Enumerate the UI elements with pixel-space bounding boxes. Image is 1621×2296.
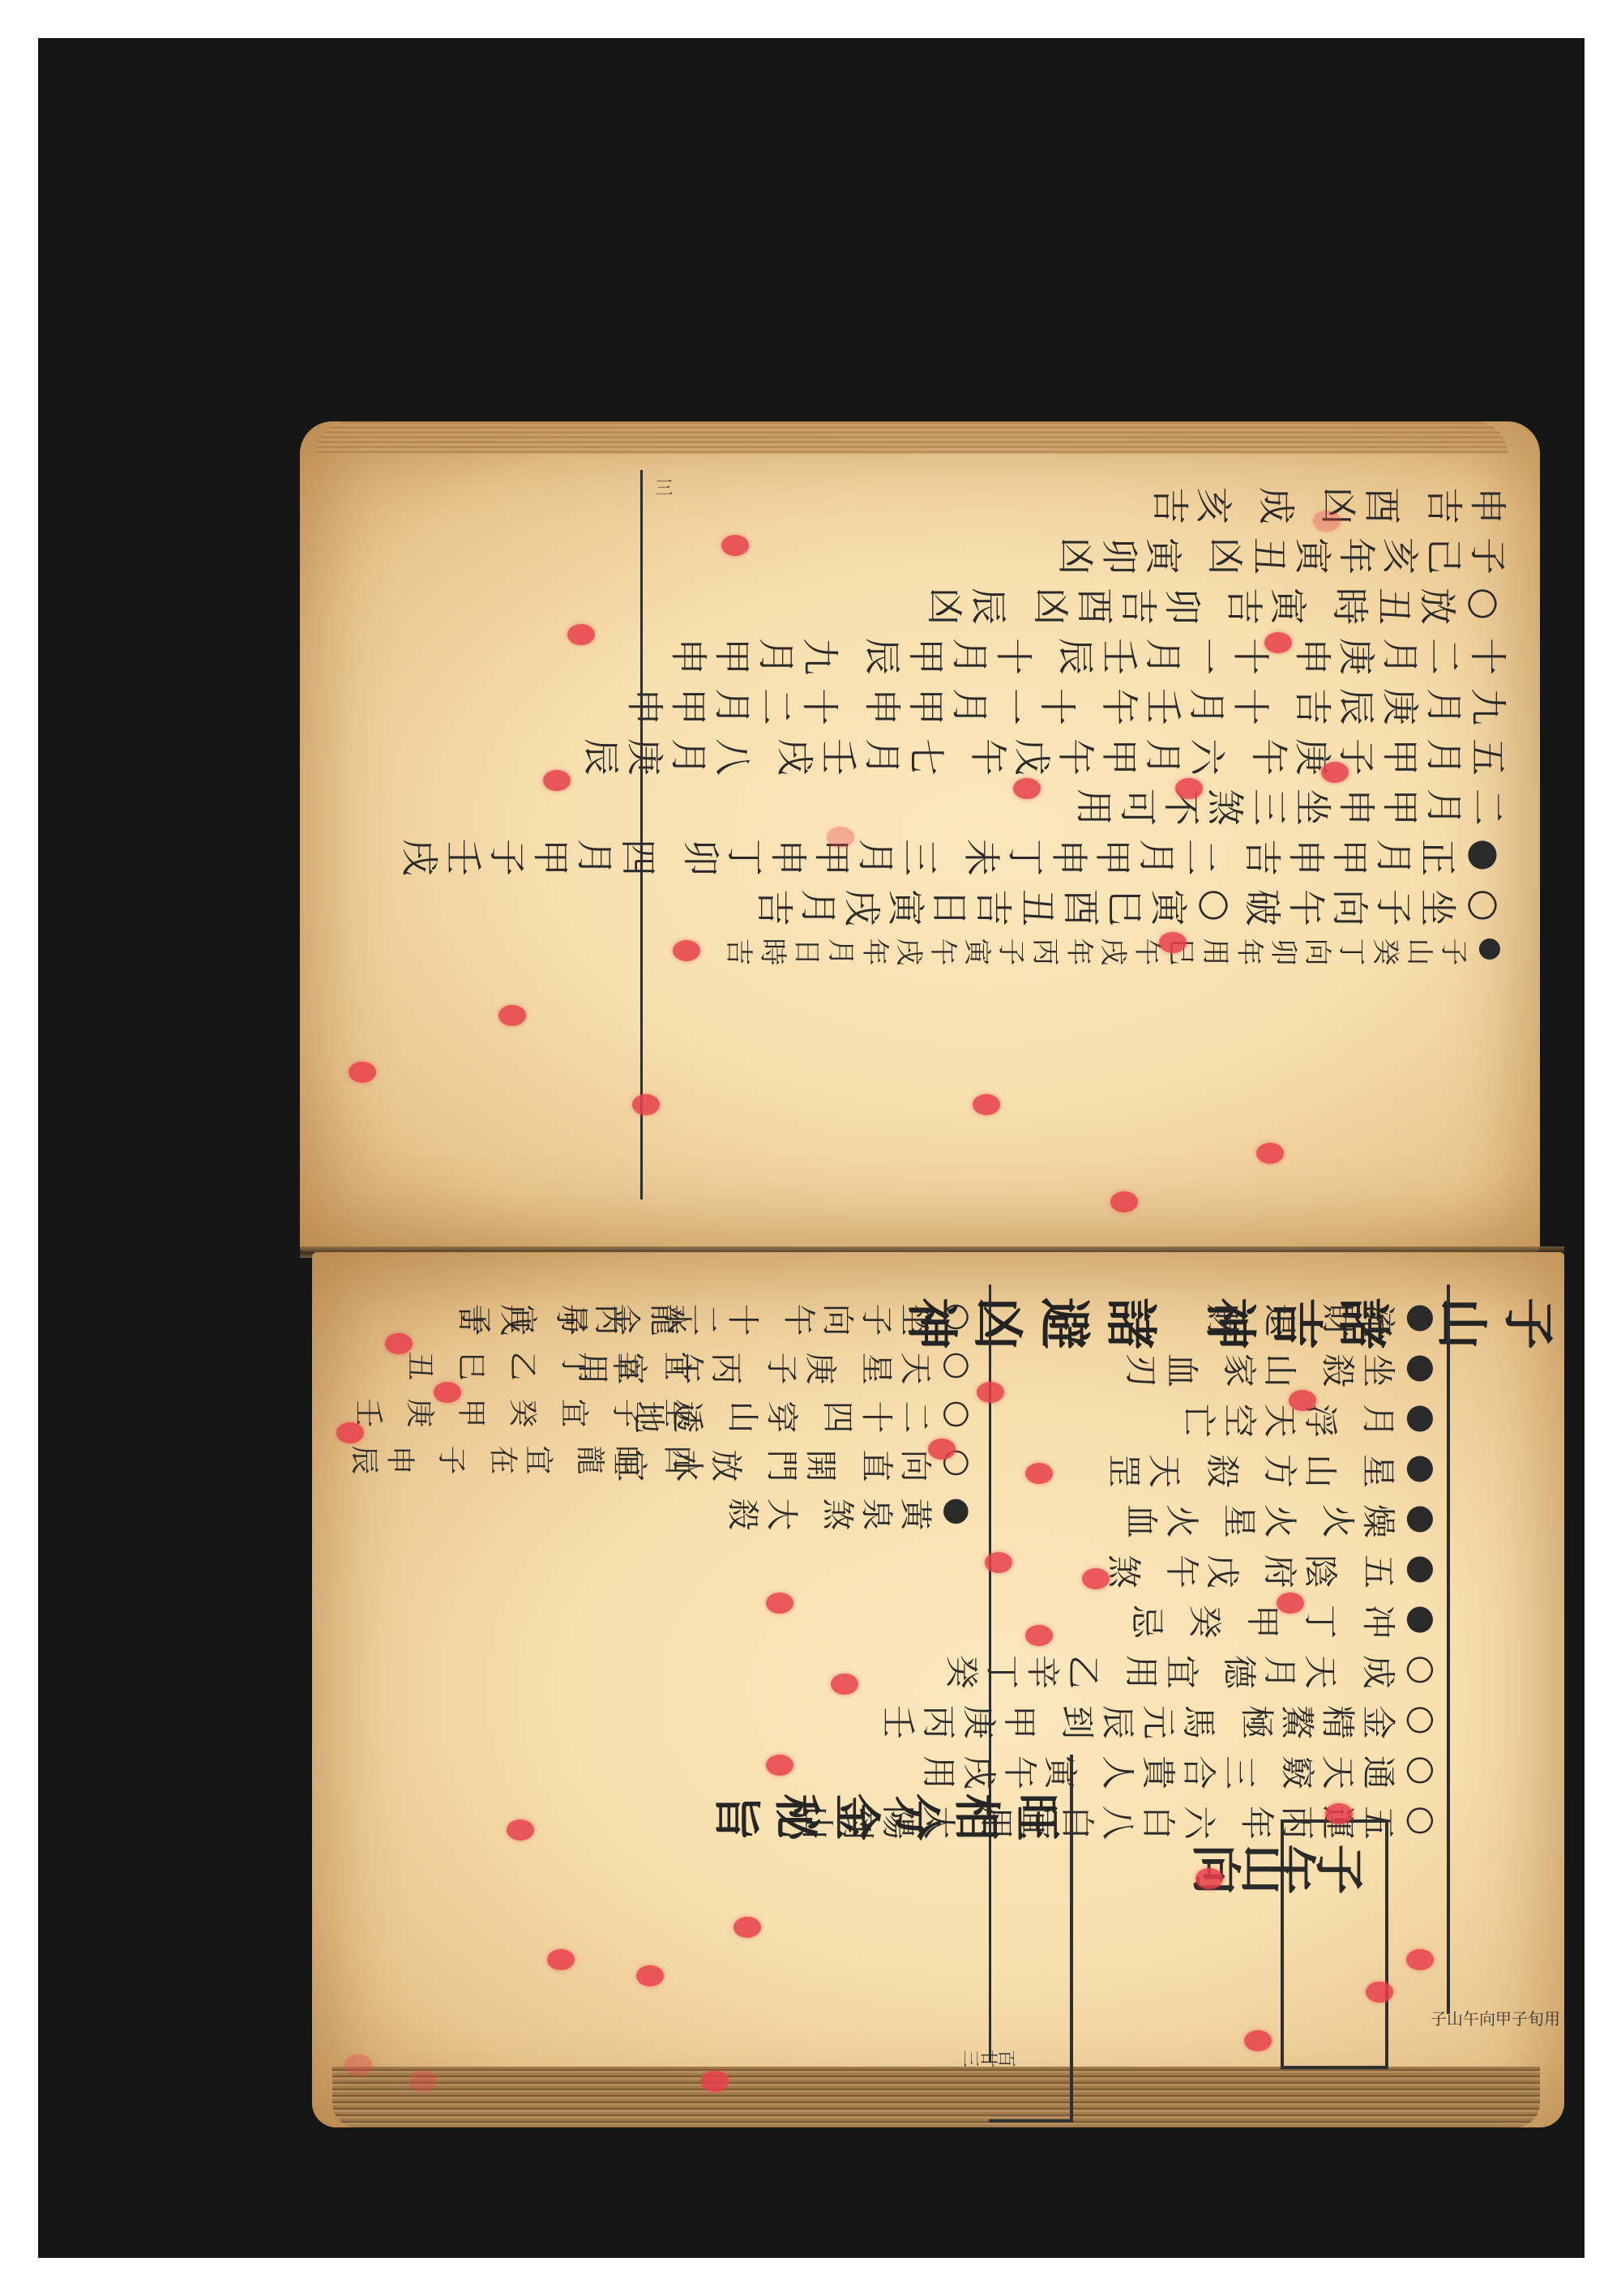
list-item: ○成 天月德 宜用 乙辛丁癸 xyxy=(794,1644,1443,1695)
page-number: 百廿三 xyxy=(963,2045,1016,2070)
red-seal-mark xyxy=(507,1819,534,1841)
footnote: 子山午向甲子旬用 xyxy=(1431,2006,1560,2029)
text-column: 二月甲申坐三煞不可用 xyxy=(462,780,1508,830)
list-item: ●黃泉煞 大殺 xyxy=(455,1487,977,1536)
red-seal-mark xyxy=(1313,511,1341,532)
text-column: 十二月庚申 十一月壬辰 十月甲辰 九月甲申 xyxy=(462,629,1508,679)
list-item: 坐 子 宜 癸 甲 庚 壬 xyxy=(344,1387,693,1434)
red-seal-mark xyxy=(498,1005,526,1026)
red-seal-mark xyxy=(409,2071,437,2092)
red-seal-mark xyxy=(831,1674,858,1695)
red-seal-mark xyxy=(1110,1191,1138,1212)
page-edge-bottom xyxy=(332,2067,1540,2127)
bottom-page: 子山 諸吉神 諸避凶神 ○五運丙年 六白八白宜用 太陽到山 ○通天竅 三合貴人 … xyxy=(312,1252,1564,2127)
orientation-label-line2: 午向 xyxy=(1168,1836,1317,1894)
red-seal-mark xyxy=(928,1439,956,1460)
text-column: ○坐子向午破○寅巳酉丑吉日寅戌月吉 xyxy=(462,880,1508,930)
red-seal-mark xyxy=(385,1333,413,1354)
top-page-text: ●子山癸丁向卯年用巳午戌年丙子寅午戌年月日時吉 ○坐子向午破○寅巳酉丑吉日寅戌月… xyxy=(462,478,1508,968)
red-seal-mark xyxy=(1025,1463,1053,1484)
text-column: ●正月甲申吉 二月甲申丁未 三月甲申丁卯 四月甲子壬戌 xyxy=(462,830,1508,880)
red-seal-mark xyxy=(1159,932,1187,953)
red-seal-mark xyxy=(632,1094,660,1115)
list-item: ●冲 丁 甲 癸 忌 xyxy=(794,1594,1443,1644)
red-seal-mark xyxy=(977,1382,1004,1403)
red-seal-mark xyxy=(434,1382,461,1403)
page-edge-top xyxy=(316,421,1508,454)
red-seal-mark xyxy=(766,1593,793,1614)
red-seal-mark xyxy=(1082,1568,1110,1589)
text-column: 九月庚辰吉 十月壬午 十一月甲申 十二月甲申 xyxy=(462,679,1508,729)
red-seal-mark xyxy=(1013,778,1041,799)
list-item: 四 旺龍 宜在 子 申辰 xyxy=(344,1434,693,1481)
column-divider xyxy=(640,470,643,1199)
red-seal-mark xyxy=(1175,778,1203,799)
red-seal-mark xyxy=(1256,1143,1284,1164)
list-item: ○金精鰲極 馬元辰到 甲庚丙壬 xyxy=(794,1695,1443,1745)
red-seal-mark xyxy=(543,770,571,791)
list-item: ●五 陰府 戊午 煞 xyxy=(794,1544,1443,1594)
red-seal-mark xyxy=(673,940,700,961)
text-column: ●子山癸丁向卯年用巳午戌年丙子寅午戌年月日時吉 xyxy=(462,930,1508,968)
red-seal-mark xyxy=(734,1917,761,1938)
red-seal-mark xyxy=(1264,632,1292,653)
left-notes: 四 旺龍 宜在 子 申辰 坐 子 宜 癸 甲 庚 壬 宜 辛 丁 乙 巳 丑 水… xyxy=(344,1293,693,1481)
section-heading: 旺相分金秘旨 xyxy=(702,1779,1062,1847)
red-seal-mark xyxy=(985,1552,1012,1573)
top-page: ●子山癸丁向卯年用巳午戌年丙子寅午戌年月日時吉 ○坐子向午破○寅巳酉丑吉日寅戌月… xyxy=(300,421,1540,1252)
red-seal-mark xyxy=(1406,1949,1434,1970)
red-seal-mark xyxy=(344,2054,372,2076)
text-column: 申吉 酉凶 成 亥吉 xyxy=(462,478,1508,528)
text-column: 五月甲子庚午 六月甲午戊午 七月壬戌 八月庚辰 xyxy=(462,729,1508,780)
title-divider xyxy=(1447,1285,1450,2014)
red-seal-mark xyxy=(1277,1593,1304,1614)
red-seal-mark xyxy=(1195,1868,1223,1889)
red-seal-mark xyxy=(567,624,595,645)
red-seal-mark xyxy=(827,827,854,848)
red-seal-mark xyxy=(973,1094,1000,1115)
red-seal-mark xyxy=(1321,762,1349,783)
red-seal-mark xyxy=(1025,1625,1053,1646)
page-margin-note: 三 xyxy=(650,478,675,496)
red-seal-mark xyxy=(721,535,749,556)
red-seal-mark xyxy=(701,2071,729,2092)
red-seal-mark xyxy=(1325,1803,1353,1824)
text-column: ○放丑時 寅吉 卯吉酉凶 辰凶 xyxy=(462,579,1508,629)
red-seal-mark xyxy=(349,1062,376,1083)
red-seal-mark xyxy=(336,1422,364,1443)
red-seal-mark xyxy=(1289,1390,1316,1411)
open-book: ●子山癸丁向卯年用巳午戌年丙子寅午戌年月日時吉 ○坐子向午破○寅巳酉丑吉日寅戌月… xyxy=(300,421,1597,2131)
red-seal-mark xyxy=(1366,1982,1393,2003)
red-seal-mark xyxy=(547,1949,575,1970)
text-column: 子己亥年寅丑凶 寅卯凶 xyxy=(462,528,1508,579)
red-seal-mark xyxy=(766,1755,793,1776)
red-seal-mark xyxy=(1244,2030,1272,2051)
red-seal-mark xyxy=(636,1965,664,1986)
